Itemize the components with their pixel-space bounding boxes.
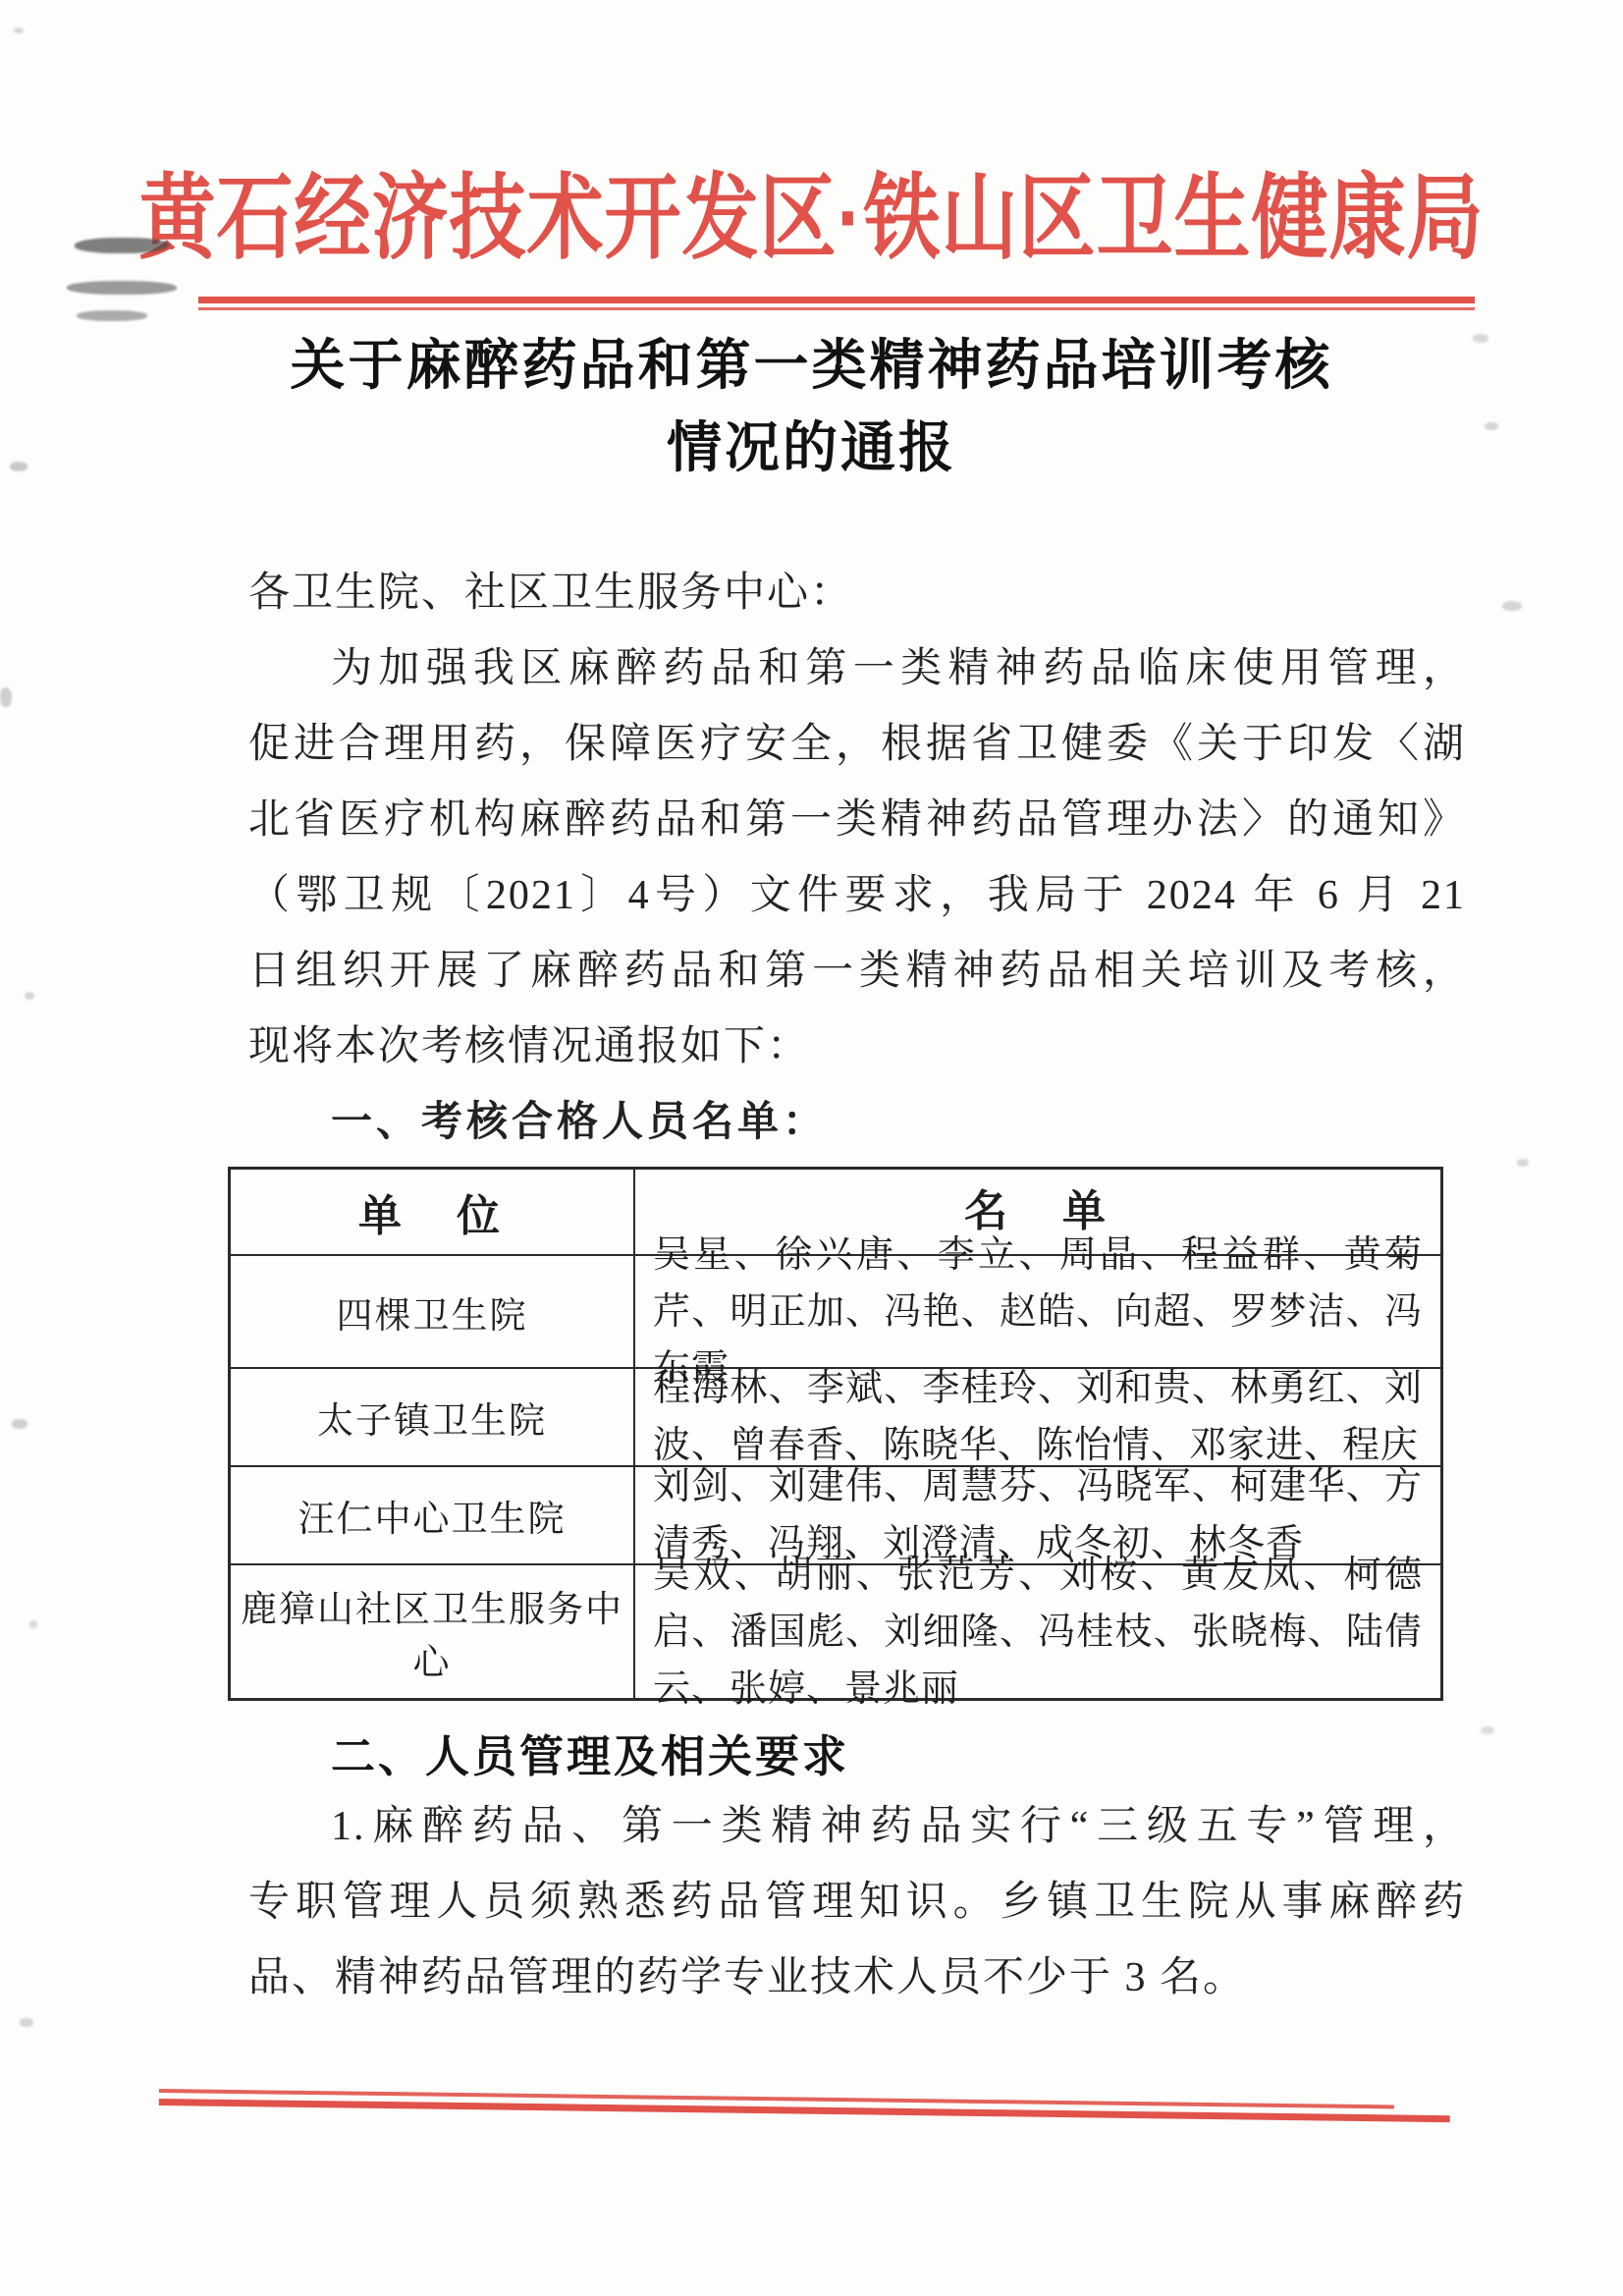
scan-speck bbox=[1502, 601, 1522, 611]
table-row: 四棵卫生院 吴星、徐兴唐、李立、周晶、程益群、黄菊芹、明正加、冯艳、赵皓、向超、… bbox=[231, 1254, 1440, 1367]
body-paragraph-1: 各卫生院、社区卫生服务中心： 为加强我区麻醉药品和第一类精神药品临床使用管理， … bbox=[248, 556, 1466, 1161]
table-cell-names: 吴星、徐兴唐、李立、周晶、程益群、黄菊芹、明正加、冯艳、赵皓、向超、罗梦洁、冯东… bbox=[635, 1256, 1440, 1367]
letterhead-org-name: 黄石经济技术开发区·铁山区卫生健康局 bbox=[0, 143, 1623, 278]
para1-line3: 北省医疗机构麻醉药品和第一类精神药品管理办法〉的通知》 bbox=[248, 783, 1466, 858]
scan-speck bbox=[12, 1419, 27, 1429]
table-header-unit: 单 位 bbox=[231, 1170, 635, 1254]
scan-speck bbox=[14, 27, 24, 33]
para1-line2: 促进合理用药，保障医疗安全，根据省卫健委《关于印发〈湖 bbox=[248, 707, 1466, 783]
para1-line4: （鄂卫规〔2021〕4号）文件要求，我局于 2024 年 6 月 21 bbox=[248, 858, 1466, 934]
section2-heading: 二、人员管理及相关要求 bbox=[331, 1721, 849, 1784]
scan-speck bbox=[1473, 334, 1488, 343]
qualified-personnel-table: 单 位 名 单 四棵卫生院 吴星、徐兴唐、李立、周晶、程益群、黄菊芹、明正加、冯… bbox=[228, 1167, 1443, 1701]
scan-speck bbox=[0, 687, 12, 707]
document-title: 关于麻醉药品和第一类精神药品培训考核 情况的通报 bbox=[0, 324, 1623, 489]
para2-line2: 专职管理人员须熟悉药品管理知识。乡镇卫生院从事麻醉药 bbox=[248, 1865, 1466, 1941]
document-title-line2: 情况的通报 bbox=[0, 407, 1623, 489]
scan-speck bbox=[29, 1620, 37, 1628]
letterhead-double-rule bbox=[198, 297, 1475, 310]
table-cell-unit: 汪仁中心卫生院 bbox=[231, 1467, 635, 1563]
scan-smudge bbox=[77, 310, 147, 321]
scan-smudge bbox=[66, 281, 177, 295]
scan-speck bbox=[25, 992, 34, 1000]
section1-heading: 一、考核合格人员名单： bbox=[248, 1085, 1466, 1161]
table-row: 太子镇卫生院 程海林、李斌、李桂玲、刘和贵、林勇红、刘波、曾春香、陈晓华、陈怡情… bbox=[231, 1367, 1440, 1465]
body-paragraph-2: 1.麻醉药品、第一类精神药品实行“三级五专”管理， 专职管理人员须熟悉药品管理知… bbox=[248, 1789, 1466, 2016]
table-cell-unit: 四棵卫生院 bbox=[231, 1256, 635, 1367]
scan-speck bbox=[1485, 422, 1498, 430]
scanned-notice-page: 黄石经济技术开发区·铁山区卫生健康局 关于麻醉药品和第一类精神药品培训考核 情况… bbox=[0, 0, 1623, 2296]
para1-line1: 为加强我区麻醉药品和第一类精神药品临床使用管理， bbox=[248, 631, 1466, 707]
scan-smudge bbox=[74, 238, 170, 253]
document-title-line1: 关于麻醉药品和第一类精神药品培训考核 bbox=[0, 324, 1623, 407]
para1-line5: 日组织开展了麻醉药品和第一类精神药品相关培训及考核， bbox=[248, 934, 1466, 1010]
scan-speck bbox=[10, 462, 27, 471]
table-cell-names: 吴双、胡丽、张范芳、刘桉、黄友凤、柯德启、潘国彪、刘细隆、冯桂枝、张晓梅、陆倩云… bbox=[635, 1565, 1440, 1698]
scan-speck bbox=[1481, 1726, 1494, 1734]
table-cell-names: 程海林、李斌、李桂玲、刘和贵、林勇红、刘波、曾春香、陈晓华、陈怡情、邓家进、程庆 bbox=[635, 1369, 1440, 1465]
table-row: 鹿獐山社区卫生服务中心 吴双、胡丽、张范芳、刘桉、黄友凤、柯德启、潘国彪、刘细隆… bbox=[231, 1563, 1440, 1698]
para2-line1: 1.麻醉药品、第一类精神药品实行“三级五专”管理， bbox=[248, 1789, 1466, 1865]
para1-line6: 现将本次考核情况通报如下： bbox=[248, 1010, 1466, 1085]
table-cell-unit: 太子镇卫生院 bbox=[231, 1369, 635, 1465]
salutation: 各卫生院、社区卫生服务中心： bbox=[248, 556, 1466, 631]
footer-double-rule bbox=[159, 2089, 1450, 2122]
scan-speck bbox=[1517, 1159, 1529, 1167]
para2-line3: 品、精神药品管理的药学专业技术人员不少于 3 名。 bbox=[248, 1941, 1466, 2016]
table-cell-unit: 鹿獐山社区卫生服务中心 bbox=[231, 1565, 635, 1698]
scan-speck bbox=[20, 2018, 33, 2027]
